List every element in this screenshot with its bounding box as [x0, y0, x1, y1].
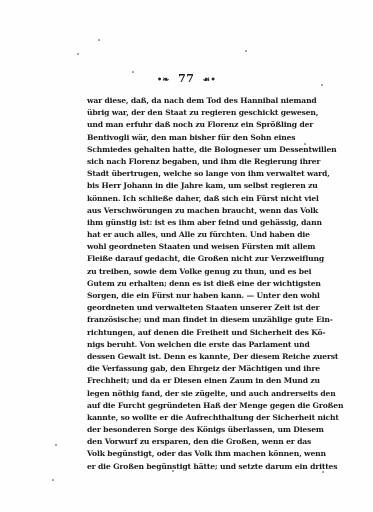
text-line: zu treiben, sowie dem Volke genug zu thu… — [87, 266, 291, 278]
scan-speck — [322, 471, 324, 473]
text-line: Fleiße darauf gedacht, die Großen nicht … — [87, 253, 291, 265]
text-line: die Verfassung gab, den Ehrgeiz der Mäch… — [87, 363, 291, 375]
text-line: auf die Furcht gegründeten Haß der Menge… — [87, 400, 291, 412]
text-line: sich nach Florenz begaben, und ihm die R… — [87, 156, 291, 168]
text-line: dessen Gewalt ist. Denn es kannte, Der d… — [87, 351, 291, 363]
text-line: Schmiedes gehalten hatte, die Bologneser… — [87, 144, 291, 156]
text-line: war diese, daß, da nach dem Tod des Hann… — [87, 95, 291, 107]
ornament-left-icon: •❧ — [157, 73, 170, 85]
text-line: Volk begünstigt, oder das Volk ihm mache… — [87, 448, 291, 460]
scan-speck — [321, 84, 323, 86]
text-line: richtungen, auf denen die Freiheit und S… — [87, 327, 291, 339]
scan-speck — [98, 39, 100, 41]
text-line: bis Herr Johann in die Jahre kam, um sel… — [87, 180, 291, 192]
text-line: französische; und man findet in diesem u… — [87, 314, 291, 326]
text-line: geordneten und verwalteten Staaten unser… — [87, 302, 291, 314]
text-line: und man erfuhr daß noch zu Florenz ein S… — [87, 119, 291, 131]
scan-speck — [304, 143, 306, 145]
scan-speck — [245, 50, 247, 52]
book-page: •❧ 77 ☙• war diese, daß, da nach dem Tod… — [0, 0, 373, 512]
page-header: •❧ 77 ☙• — [0, 73, 373, 85]
body-text: war diese, daß, da nach dem Tod des Hann… — [87, 95, 291, 473]
text-line: den Vorwurf zu ersparen, den die Großen,… — [87, 436, 291, 448]
scan-speck — [52, 479, 54, 481]
scan-speck — [77, 53, 79, 55]
text-line: der besonderen Sorge des Königs überlass… — [87, 424, 291, 436]
text-line: Gutem zu erhalten; denn es ist dieß eine… — [87, 278, 291, 290]
scan-speck — [55, 444, 57, 446]
text-line: übrig war, der den Staat zu regieren ges… — [87, 107, 291, 119]
text-line: aus Verschwörungen zu machen braucht, we… — [87, 205, 291, 217]
text-line: er die Großen begünstigt hätte; und setz… — [87, 461, 291, 473]
text-line: Frechheit; und da er Diesen einen Zaum i… — [87, 375, 291, 387]
text-line: nigs beruht. Von welchen die erste das P… — [87, 339, 291, 351]
scan-speck — [132, 71, 134, 73]
text-line: können. Ich schließe daher, daß sich ein… — [87, 193, 291, 205]
text-line: kannte, so wollte er die Aufrechthaltung… — [87, 412, 291, 424]
text-line: legen nöthig fand, der sie zügelte, und … — [87, 388, 291, 400]
text-line: ihm günstig ist: ist es ihm aber feind u… — [87, 217, 291, 229]
ornament-right-icon: ☙• — [203, 73, 216, 85]
text-line: wohl geordneten Staaten und weisen Fürst… — [87, 241, 291, 253]
text-line: Bentivogli wär, den man bisher für den S… — [87, 132, 291, 144]
text-line: Stadt übertrugen, welche so lange von ih… — [87, 168, 291, 180]
page-number: 77 — [178, 72, 194, 85]
scan-speck — [300, 342, 302, 344]
text-line: Sorgen, die ein Fürst nur haben kann. — … — [87, 290, 291, 302]
text-line: hat er auch alles, und Alle zu fürchten.… — [87, 229, 291, 241]
scan-speck — [172, 470, 174, 472]
